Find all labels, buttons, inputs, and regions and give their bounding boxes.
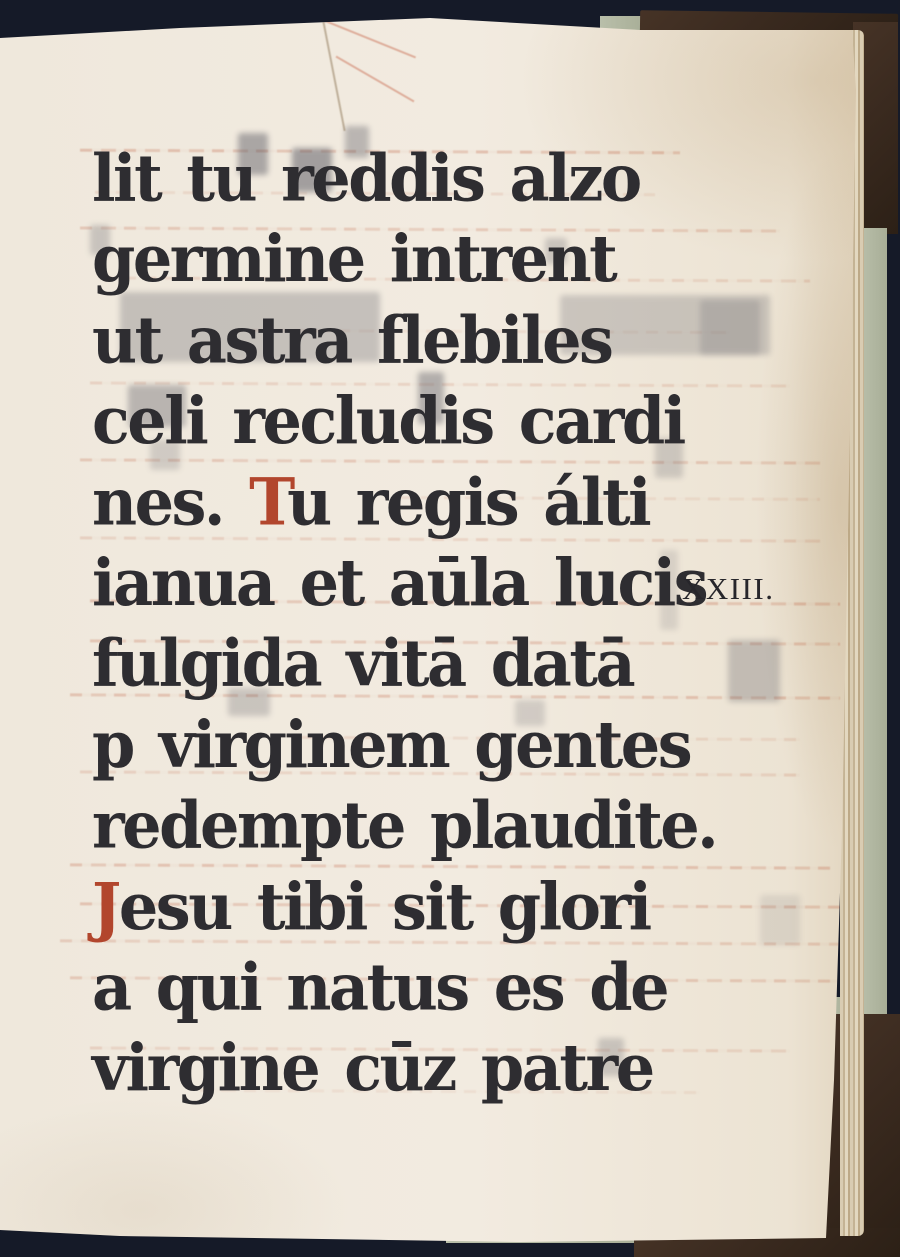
show-through-ink-smudge	[728, 640, 780, 702]
text-line-4: celi recludis cardi	[92, 381, 732, 462]
text-line-5: nes. Tu regis álti	[92, 462, 732, 543]
manuscript-photo: lit tu reddis alzogermine intrentut astr…	[0, 0, 900, 1257]
red-offset-mark	[304, 12, 416, 59]
text-line-9: redempte plaudite.	[92, 785, 732, 866]
book-cover-edge-right	[860, 228, 887, 1020]
text-segment: ut astra flebiles	[92, 302, 611, 378]
text-segment: celi recludis cardi	[92, 383, 684, 459]
text-segment: u regis álti	[287, 464, 649, 540]
manuscript-page: lit tu reddis alzogermine intrentut astr…	[0, 0, 856, 1244]
text-segment: germine intrent	[92, 221, 615, 297]
folio-number: XXIII.	[682, 571, 775, 607]
hymn-text: lit tu reddis alzogermine intrentut astr…	[92, 138, 732, 1109]
text-segment: nes.	[92, 464, 249, 540]
rubric-initial: J	[92, 868, 119, 944]
text-segment: p virginem gentes	[92, 706, 690, 782]
text-segment: lit tu reddis alzo	[92, 140, 640, 216]
red-offset-mark	[336, 56, 415, 103]
text-segment: ianua et aūla lucis	[92, 545, 706, 621]
text-line-3: ut astra flebiles	[92, 300, 732, 381]
text-line-10: Jesu tibi sit glori	[92, 866, 732, 947]
text-line-1: lit tu reddis alzo	[92, 138, 732, 219]
text-segment: esu tibi sit glori	[119, 868, 650, 944]
rubric-initial: T	[249, 464, 287, 540]
text-line-6: ianua et aūla lucis	[92, 542, 732, 623]
text-segment: virgine cūz patre	[92, 1030, 653, 1106]
text-segment: a qui natus es de	[92, 949, 667, 1025]
text-line-8: p virginem gentes	[92, 704, 732, 785]
text-segment: fulgida vitā datā	[92, 625, 633, 701]
text-segment: redempte plaudite.	[92, 787, 716, 863]
show-through-ink-smudge	[760, 895, 800, 945]
text-line-7: fulgida vitā datā	[92, 623, 732, 704]
text-line-12: virgine cūz patre	[92, 1028, 732, 1109]
text-line-11: a qui natus es de	[92, 947, 732, 1028]
text-line-2: germine intrent	[92, 219, 732, 300]
